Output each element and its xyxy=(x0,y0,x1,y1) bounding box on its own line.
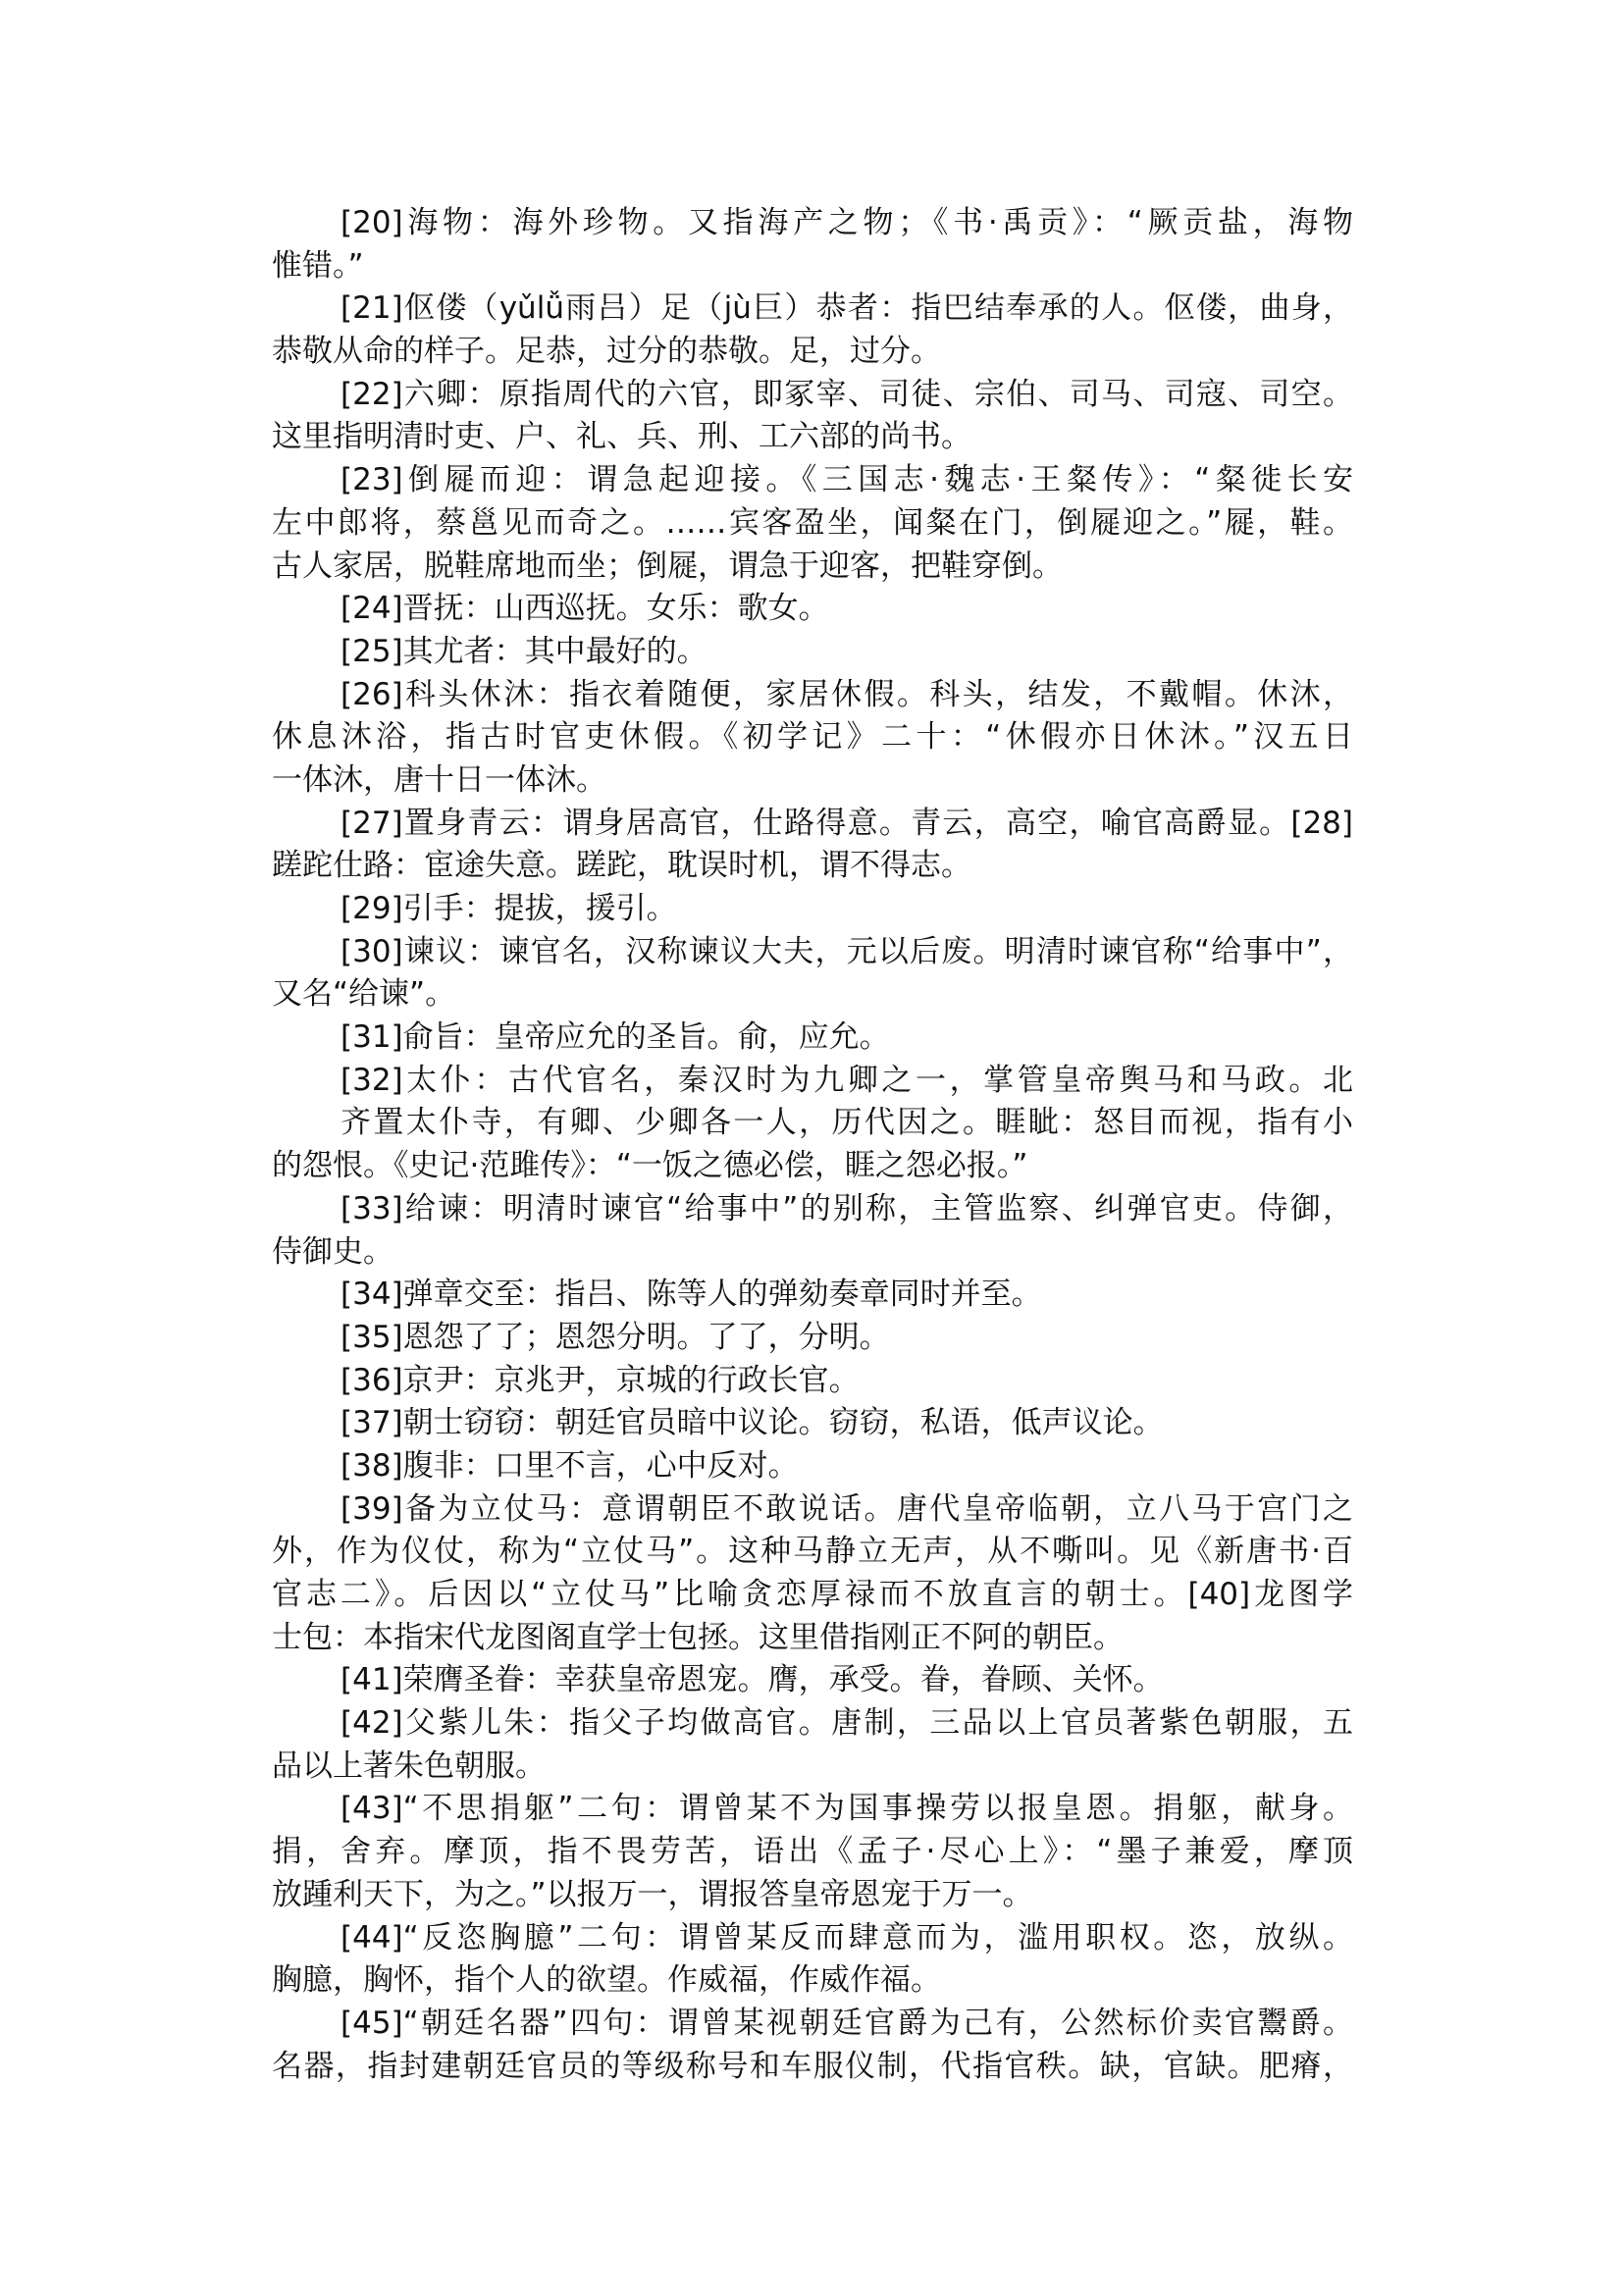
annotation-line-start: [38]腹非：口里不言，心中反对。 xyxy=(272,1445,1353,1488)
annotation-line-start: [31]俞旨：皇帝应允的圣旨。俞，应允。 xyxy=(272,1017,1353,1060)
annotation-line: 左中郎将，蔡邕见而奇之。……宾客盈坐，闻粲在门，倒屣迎之。”屣，鞋。 xyxy=(272,502,1353,546)
annotation-line: 外，作为仪仗，称为“立仗马”。这种马静立无声，从不嘶叫。见《新唐书·百 xyxy=(272,1531,1353,1574)
annotation-line-start: [26]科头休沐：指衣着随便，家居休假。科头，结发，不戴帽。休沐， xyxy=(272,674,1353,717)
annotation-line-start: [24]晋抚：山西巡抚。女乐：歌女。 xyxy=(272,588,1353,631)
annotation-line-start: [25]其尤者：其中最好的。 xyxy=(272,631,1353,674)
annotation-line-start: [34]弹章交至：指吕、陈等人的弹劾奏章同时并至。 xyxy=(272,1274,1353,1317)
annotation-line-start: [21]伛偻（yǔlǚ雨吕）足（jù巨）恭者：指巴结奉承的人。伛偻，曲身， xyxy=(272,287,1353,331)
annotation-line-start: [41]荣膺圣眷：幸获皇帝恩宠。膺，承受。眷，眷顾、关怀。 xyxy=(272,1659,1353,1702)
annotation-line-start: [39]备为立仗马：意谓朝臣不敢说话。唐代皇帝临朝，立八马于宫门之 xyxy=(272,1488,1353,1532)
annotation-line-start: [44]“反恣胸臆”二句：谓曾某反而肆意而为，滥用职权。恣，放纵。 xyxy=(272,1917,1353,1960)
annotation-line-start: [36]京尹：京兆尹，京城的行政长官。 xyxy=(272,1360,1353,1403)
annotation-line: 侍御史。 xyxy=(272,1231,1353,1275)
annotation-line: 胸臆，胸怀，指个人的欲望。作威福，作威作福。 xyxy=(272,1959,1353,2003)
annotation-line-start: [33]给谏：明清时谏官“给事中”的别称，主管监察、纠弹官吏。侍御， xyxy=(272,1188,1353,1231)
annotation-line: 一体沐，唐十日一体沐。 xyxy=(272,759,1353,803)
annotation-line-start: [30]谏议：谏官名，汉称谏议大夫，元以后废。明清时谏官称“给事中”， xyxy=(272,931,1353,974)
annotation-line-start: [23]倒屣而迎：谓急起迎接。《三国志·魏志·王粲传》：“粲徙长安 xyxy=(272,459,1353,502)
annotation-line: 名器，指封建朝廷官员的等级称号和车服仪制，代指官秩。缺，官缺。肥瘠， xyxy=(272,2046,1353,2089)
annotation-line: 士包：本指宋代龙图阁直学士包拯。这里借指刚正不阿的朝臣。 xyxy=(272,1617,1353,1660)
annotation-line-start: [29]引手：提拔，援引。 xyxy=(272,888,1353,931)
annotation-line-start: [35]恩怨了了；恩怨分明。了了，分明。 xyxy=(272,1317,1353,1360)
annotation-line: 休息沐浴，指古时官吏休假。《初学记》二十：“休假亦日休沐。”汉五日 xyxy=(272,716,1353,759)
annotation-line-start: [43]“不思捐躯”二句：谓曾某不为国事操劳以报皇恩。捐躯，献身。 xyxy=(272,1788,1353,1831)
annotation-line-start: [45]“朝廷名器”四句：谓曾某视朝廷官爵为己有，公然标价卖官鬻爵。 xyxy=(272,2003,1353,2046)
annotation-line-start: [42]父紫儿朱：指父子均做高官。唐制，三品以上官员著紫色朝服，五 xyxy=(272,1702,1353,1746)
annotation-line-start: [32]太仆：古代官名，秦汉时为九卿之一，掌管皇帝舆马和马政。北 xyxy=(272,1060,1353,1103)
annotation-line: 蹉跎仕路：宦途失意。蹉跎，耽误时机，谓不得志。 xyxy=(272,845,1353,888)
document-page: [20]海物：海外珍物。又指海产之物；《书·禹贡》：“厥贡盐，海物惟错。”[21… xyxy=(272,202,1353,2088)
annotation-line-start: 齐置太仆寺，有卿、少卿各一人，历代因之。睚眦：怒目而视，指有小 xyxy=(272,1102,1353,1145)
annotation-line: 的怨恨。《史记·范雎传》：“一饭之德必偿，睚之怨必报。” xyxy=(272,1145,1353,1188)
annotation-line-start: [20]海物：海外珍物。又指海产之物；《书·禹贡》：“厥贡盐，海物 xyxy=(272,202,1353,245)
annotation-line: 放踵利天下，为之。”以报万一，谓报答皇帝恩宠于万一。 xyxy=(272,1874,1353,1917)
annotation-line: 古人家居，脱鞋席地而坐；倒屣，谓急于迎客，把鞋穿倒。 xyxy=(272,546,1353,589)
annotation-line: 又名“给谏”。 xyxy=(272,973,1353,1017)
annotation-line: 这里指明清时吏、户、礼、兵、刑、工六部的尚书。 xyxy=(272,416,1353,459)
annotation-line: 官志二》。后因以“立仗马”比喻贪恋厚禄而不放直言的朝士。[40]龙图学 xyxy=(272,1574,1353,1617)
annotation-line: 品以上著朱色朝服。 xyxy=(272,1746,1353,1789)
annotation-line: 惟错。” xyxy=(272,245,1353,288)
annotation-line: 恭敬从命的样子。足恭，过分的恭敬。足，过分。 xyxy=(272,331,1353,374)
annotation-line-start: [27]置身青云：谓身居高官，仕路得意。青云，高空，喻官高爵显。[28] xyxy=(272,803,1353,846)
annotation-line: 捐，舍弃。摩顶，指不畏劳苦，语出《孟子·尽心上》：“墨子兼爱，摩顶 xyxy=(272,1831,1353,1874)
annotation-line-start: [37]朝士窃窃：朝廷官员暗中议论。窃窃，私语，低声议论。 xyxy=(272,1402,1353,1445)
annotation-line-start: [22]六卿：原指周代的六官，即冢宰、司徒、宗伯、司马、司寇、司空。 xyxy=(272,374,1353,417)
